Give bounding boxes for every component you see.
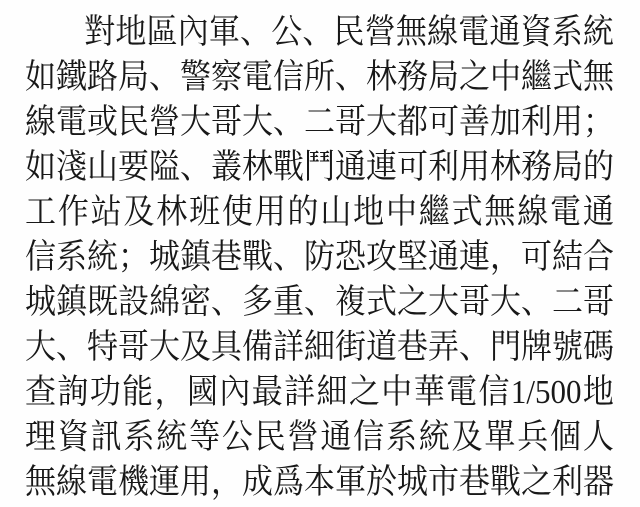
glyph: 公 bbox=[222, 412, 253, 462]
glyph: 局 bbox=[428, 52, 459, 102]
glyph: 營 bbox=[149, 97, 180, 147]
glyph: 華 bbox=[414, 367, 445, 417]
glyph: 市 bbox=[428, 457, 459, 507]
glyph: 無 bbox=[25, 457, 56, 507]
glyph: 或 bbox=[87, 97, 118, 147]
glyph: 系 bbox=[123, 412, 154, 462]
glyph: 爲 bbox=[273, 457, 304, 507]
glyph: 電 bbox=[550, 187, 581, 237]
glyph: 用 bbox=[459, 142, 490, 192]
glyph: 信 bbox=[478, 367, 509, 417]
glyph: 連 bbox=[366, 142, 397, 192]
glyph: 站 bbox=[91, 187, 122, 237]
glyph: 利 bbox=[428, 142, 459, 192]
glyph: 民 bbox=[118, 97, 149, 147]
glyph: 用 bbox=[552, 97, 583, 147]
paragraph-line: 大、特哥大及具備詳細街道巷弄、門牌號碼 bbox=[25, 324, 614, 369]
glyph: 營 bbox=[365, 7, 396, 57]
glyph: ， bbox=[490, 232, 521, 282]
glyph: 個 bbox=[550, 412, 581, 462]
glyph: 密 bbox=[180, 277, 211, 327]
glyph: 務 bbox=[397, 52, 428, 102]
glyph: 人 bbox=[583, 412, 614, 462]
glyph: 用 bbox=[180, 457, 211, 507]
glyph: 資 bbox=[58, 412, 89, 462]
glyph: 鐵 bbox=[56, 52, 87, 102]
glyph: 山 bbox=[87, 142, 118, 192]
glyph: 信 bbox=[273, 52, 304, 102]
glyph: 哥 bbox=[118, 322, 149, 372]
glyph: 哥 bbox=[211, 97, 242, 147]
glyph: 、 bbox=[459, 322, 490, 372]
glyph: 利 bbox=[552, 457, 583, 507]
glyph: ； bbox=[118, 232, 149, 282]
glyph: 大 bbox=[180, 97, 211, 147]
glyph: 二 bbox=[304, 97, 335, 147]
glyph: 電 bbox=[242, 52, 273, 102]
glyph: 統 bbox=[583, 7, 614, 57]
glyph: 鎮 bbox=[56, 277, 87, 327]
glyph: 大 bbox=[242, 97, 273, 147]
glyph: 繼 bbox=[521, 52, 552, 102]
glyph: 防 bbox=[304, 232, 335, 282]
glyph: 無 bbox=[396, 7, 427, 57]
glyph: 電 bbox=[56, 97, 87, 147]
glyph: 系 bbox=[386, 412, 417, 462]
glyph: 式 bbox=[552, 52, 583, 102]
glyph: 訊 bbox=[91, 412, 122, 462]
glyph: 鎮 bbox=[180, 232, 211, 282]
glyph: 局 bbox=[118, 52, 149, 102]
glyph: 通 bbox=[428, 232, 459, 282]
glyph: 恐 bbox=[335, 232, 366, 282]
glyph: 用 bbox=[255, 187, 286, 237]
glyph: 、 bbox=[304, 277, 335, 327]
glyph: 單 bbox=[484, 412, 515, 462]
glyph: 、 bbox=[335, 52, 366, 102]
glyph: 、 bbox=[273, 232, 304, 282]
glyph: 細 bbox=[304, 322, 335, 372]
glyph: 街 bbox=[335, 322, 366, 372]
glyph: 可 bbox=[428, 97, 459, 147]
glyph: 具 bbox=[211, 322, 242, 372]
glyph: 如 bbox=[25, 52, 56, 102]
glyph: 通 bbox=[320, 412, 351, 462]
glyph: 軍 bbox=[335, 457, 366, 507]
glyph: 中 bbox=[490, 52, 521, 102]
glyph: 巷 bbox=[211, 232, 242, 282]
glyph: 二 bbox=[552, 277, 583, 327]
glyph: 通 bbox=[489, 7, 520, 57]
glyph: 巷 bbox=[459, 457, 490, 507]
glyph: 最 bbox=[252, 367, 283, 417]
glyph: 理 bbox=[25, 412, 56, 462]
glyph: 式 bbox=[452, 187, 483, 237]
glyph: 、 bbox=[211, 277, 242, 327]
glyph: 使 bbox=[222, 187, 253, 237]
glyph: 運 bbox=[149, 457, 180, 507]
glyph: 、 bbox=[149, 52, 180, 102]
glyph: 可 bbox=[521, 232, 552, 282]
glyph: 及 bbox=[452, 412, 483, 462]
glyph: 連 bbox=[459, 232, 490, 282]
glyph: 弄 bbox=[428, 322, 459, 372]
glyph: 隘 bbox=[149, 142, 180, 192]
glyph: 戰 bbox=[273, 142, 304, 192]
glyph: 綿 bbox=[149, 277, 180, 327]
paragraph-line: 如淺山要隘、叢林戰鬥通連可利用林務局的 bbox=[25, 144, 614, 189]
glyph: 叢 bbox=[211, 142, 242, 192]
glyph: 本 bbox=[304, 457, 335, 507]
glyph: 重 bbox=[273, 277, 304, 327]
glyph: 及 bbox=[180, 322, 211, 372]
glyph: 式 bbox=[366, 277, 397, 327]
paragraph-line: 對地區內軍、公、民營無線電通資系統 bbox=[25, 9, 614, 54]
glyph: 設 bbox=[118, 277, 149, 327]
glyph: 能 bbox=[122, 367, 153, 417]
glyph: 信 bbox=[25, 232, 56, 282]
glyph: 多 bbox=[242, 277, 273, 327]
glyph: 無 bbox=[583, 52, 614, 102]
glyph: 路 bbox=[87, 52, 118, 102]
glyph: 軍 bbox=[209, 7, 240, 57]
paragraph: 對地區內軍、公、民營無線電通資系統如鐵路局、警察電信所、林務局之中繼式無線電或民… bbox=[25, 9, 614, 504]
glyph: 利 bbox=[521, 97, 552, 147]
glyph: 如 bbox=[25, 142, 56, 192]
glyph: 國 bbox=[187, 367, 218, 417]
glyph: 民 bbox=[255, 412, 286, 462]
glyph: 器 bbox=[583, 457, 614, 507]
glyph: 中 bbox=[386, 187, 417, 237]
glyph: 的 bbox=[288, 187, 319, 237]
glyph: 山 bbox=[320, 187, 351, 237]
glyph: 林 bbox=[156, 187, 187, 237]
glyph: 道 bbox=[366, 322, 397, 372]
glyph: 營 bbox=[288, 412, 319, 462]
glyph: ； bbox=[583, 97, 614, 147]
glyph: ， bbox=[155, 367, 186, 417]
glyph: 特 bbox=[87, 322, 118, 372]
paragraph-line: 查詢功能，國內最詳細之中華電信1/500地 bbox=[25, 369, 614, 414]
glyph: 鬥 bbox=[304, 142, 335, 192]
paragraph-line: 無線電機運用，成爲本軍於城市巷戰之利器 bbox=[25, 459, 614, 504]
glyph: 地 bbox=[115, 7, 146, 57]
paragraph-line: 工作站及林班使用的山地中繼式無線電通 bbox=[25, 189, 614, 234]
glyph: 內 bbox=[178, 7, 209, 57]
glyph: 繼 bbox=[419, 187, 450, 237]
glyph: 民 bbox=[334, 7, 365, 57]
glyph: 中 bbox=[381, 367, 412, 417]
glyph: 1/500 bbox=[511, 367, 582, 417]
paragraph-line: 城鎮既設綿密、多重、複式之大哥大、二哥 bbox=[25, 279, 614, 324]
glyph: 之 bbox=[397, 277, 428, 327]
glyph: 大 bbox=[149, 322, 180, 372]
glyph: 善 bbox=[459, 97, 490, 147]
glyph: 門 bbox=[490, 322, 521, 372]
glyph: 林 bbox=[242, 142, 273, 192]
glyph: 詳 bbox=[284, 367, 315, 417]
glyph: 工 bbox=[25, 187, 56, 237]
glyph: 於 bbox=[366, 457, 397, 507]
glyph: 察 bbox=[211, 52, 242, 102]
glyph: 巷 bbox=[397, 322, 428, 372]
glyph: 、 bbox=[56, 322, 87, 372]
glyph: 既 bbox=[87, 277, 118, 327]
glyph: 公 bbox=[271, 7, 302, 57]
glyph: 兵 bbox=[517, 412, 548, 462]
glyph: 牌 bbox=[521, 322, 552, 372]
glyph: 可 bbox=[397, 142, 428, 192]
glyph: 細 bbox=[317, 367, 348, 417]
glyph: 班 bbox=[189, 187, 220, 237]
glyph: 等 bbox=[189, 412, 220, 462]
glyph: 之 bbox=[459, 52, 490, 102]
paragraph-line: 線電或民營大哥大、二哥大都可善加利用； bbox=[25, 99, 614, 144]
glyph: 通 bbox=[583, 187, 614, 237]
paragraph-line: 理資訊系統等公民營通信系統及單兵個人 bbox=[25, 414, 614, 459]
glyph: 、 bbox=[302, 7, 333, 57]
glyph: 要 bbox=[118, 142, 149, 192]
glyph: 線 bbox=[56, 457, 87, 507]
glyph: 哥 bbox=[335, 97, 366, 147]
glyph: 內 bbox=[219, 367, 250, 417]
glyph: 大 bbox=[428, 277, 459, 327]
glyph: 號 bbox=[552, 322, 583, 372]
glyph: 系 bbox=[56, 232, 87, 282]
glyph: 城 bbox=[397, 457, 428, 507]
glyph: 林 bbox=[366, 52, 397, 102]
glyph: 詳 bbox=[273, 322, 304, 372]
glyph: 局 bbox=[552, 142, 583, 192]
glyph: 哥 bbox=[583, 277, 614, 327]
glyph: 淺 bbox=[56, 142, 87, 192]
glyph: 、 bbox=[273, 97, 304, 147]
glyph: 所 bbox=[304, 52, 335, 102]
glyph: 堅 bbox=[397, 232, 428, 282]
glyph: 之 bbox=[349, 367, 380, 417]
glyph: 哥 bbox=[459, 277, 490, 327]
glyph: 大 bbox=[366, 97, 397, 147]
glyph: 電 bbox=[458, 7, 489, 57]
glyph: 城 bbox=[149, 232, 180, 282]
glyph: 城 bbox=[25, 277, 56, 327]
glyph: 線 bbox=[25, 97, 56, 147]
glyph: 地 bbox=[353, 187, 384, 237]
document-page: 對地區內軍、公、民營無線電通資系統如鐵路局、警察電信所、林務局之中繼式無線電或民… bbox=[0, 0, 640, 507]
glyph: 碼 bbox=[583, 322, 614, 372]
paragraph-line: 信系統；城鎮巷戰、防恐攻堅通連，可結合 bbox=[25, 234, 614, 279]
glyph: 系 bbox=[552, 7, 583, 57]
glyph: 無 bbox=[484, 187, 515, 237]
glyph: 警 bbox=[180, 52, 211, 102]
glyph: 、 bbox=[521, 277, 552, 327]
glyph: 電 bbox=[87, 457, 118, 507]
paragraph-line: 如鐵路局、警察電信所、林務局之中繼式無 bbox=[25, 54, 614, 99]
glyph: 作 bbox=[58, 187, 89, 237]
glyph: 線 bbox=[517, 187, 548, 237]
glyph: 區 bbox=[147, 7, 178, 57]
glyph: 複 bbox=[335, 277, 366, 327]
glyph: 結 bbox=[552, 232, 583, 282]
glyph: 統 bbox=[156, 412, 187, 462]
glyph: 及 bbox=[123, 187, 154, 237]
glyph: 通 bbox=[335, 142, 366, 192]
glyph: 信 bbox=[353, 412, 384, 462]
glyph: 合 bbox=[583, 232, 614, 282]
glyph: 大 bbox=[25, 322, 56, 372]
glyph: 之 bbox=[521, 457, 552, 507]
glyph: 查 bbox=[25, 367, 56, 417]
glyph: 戰 bbox=[490, 457, 521, 507]
glyph: 統 bbox=[419, 412, 450, 462]
glyph: 大 bbox=[490, 277, 521, 327]
glyph: 、 bbox=[180, 142, 211, 192]
glyph: 成 bbox=[242, 457, 273, 507]
glyph: 對 bbox=[84, 7, 115, 57]
glyph: 資 bbox=[521, 7, 552, 57]
glyph: 、 bbox=[240, 7, 271, 57]
glyph: 林 bbox=[490, 142, 521, 192]
glyph: 加 bbox=[490, 97, 521, 147]
glyph: 的 bbox=[583, 142, 614, 192]
glyph: 務 bbox=[521, 142, 552, 192]
glyph: 機 bbox=[118, 457, 149, 507]
glyph: 統 bbox=[87, 232, 118, 282]
glyph: 線 bbox=[427, 7, 458, 57]
glyph: ， bbox=[211, 457, 242, 507]
glyph: 都 bbox=[397, 97, 428, 147]
glyph: 戰 bbox=[242, 232, 273, 282]
glyph: 備 bbox=[242, 322, 273, 372]
glyph: 電 bbox=[446, 367, 477, 417]
glyph: 功 bbox=[90, 367, 121, 417]
glyph: 地 bbox=[583, 367, 614, 417]
glyph: 詢 bbox=[57, 367, 88, 417]
glyph: 攻 bbox=[366, 232, 397, 282]
